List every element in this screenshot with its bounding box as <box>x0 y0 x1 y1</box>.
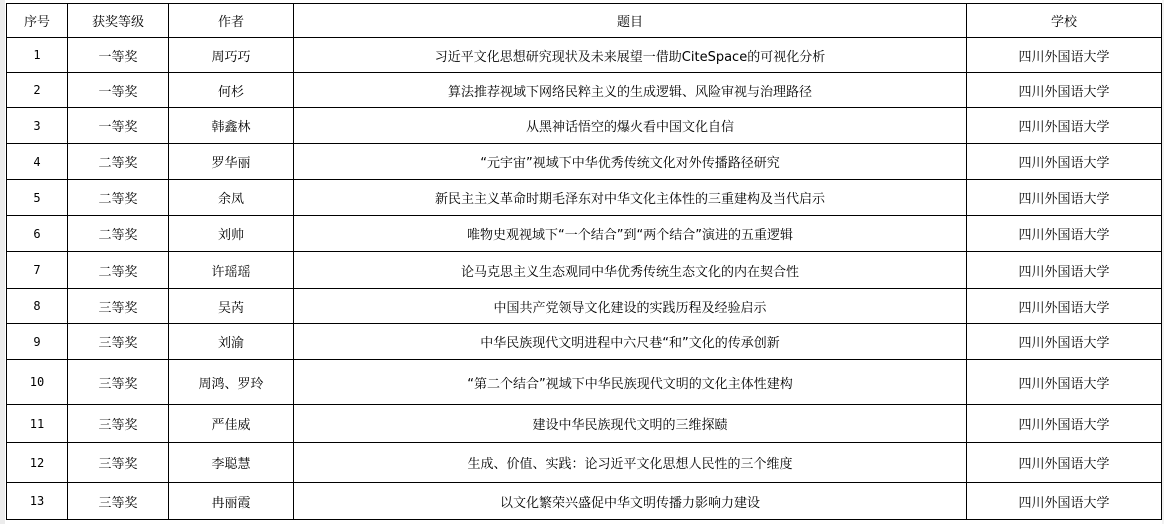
cell-title: 以文化繁荣兴盛促中华文明传播力影响力建设 <box>294 483 967 520</box>
cell-index: 10 <box>7 360 68 405</box>
cell-author: 周巧巧 <box>169 38 294 73</box>
cell-title: 中国共产党领导文化建设的实践历程及经验启示 <box>294 289 967 324</box>
cell-school: 四川外国语大学 <box>967 73 1162 108</box>
header-award-level: 获奖等级 <box>68 4 169 38</box>
cell-title: 生成、价值、实践：论习近平文化思想人民性的三个维度 <box>294 443 967 483</box>
cell-school: 四川外国语大学 <box>967 216 1162 252</box>
table-row: 6二等奖刘帅唯物史观视域下“一个结合”到“两个结合”演进的五重逻辑四川外国语大学 <box>7 216 1162 252</box>
header-row: 序号 获奖等级 作者 题目 学校 <box>7 4 1162 38</box>
cell-author: 刘渝 <box>169 324 294 360</box>
header-school: 学校 <box>967 4 1162 38</box>
cell-school: 四川外国语大学 <box>967 144 1162 180</box>
cell-school: 四川外国语大学 <box>967 324 1162 360</box>
cell-index: 3 <box>7 108 68 144</box>
cell-author: 严佳威 <box>169 405 294 443</box>
cell-author: 许瑶瑶 <box>169 252 294 289</box>
cell-school: 四川外国语大学 <box>967 360 1162 405</box>
cell-award-level: 二等奖 <box>68 216 169 252</box>
cell-index: 1 <box>7 38 68 73</box>
cell-award-level: 三等奖 <box>68 360 169 405</box>
cell-index: 9 <box>7 324 68 360</box>
cell-school: 四川外国语大学 <box>967 108 1162 144</box>
cell-title: 算法推荐视域下网络民粹主义的生成逻辑、风险审视与治理路径 <box>294 73 967 108</box>
table-row: 5二等奖余凤新民主主义革命时期毛泽东对中华文化主体性的三重建构及当代启示四川外国… <box>7 180 1162 216</box>
cell-index: 5 <box>7 180 68 216</box>
cell-index: 7 <box>7 252 68 289</box>
cell-award-level: 三等奖 <box>68 324 169 360</box>
cell-award-level: 一等奖 <box>68 38 169 73</box>
cell-author: 冉丽霞 <box>169 483 294 520</box>
cell-title: 唯物史观视域下“一个结合”到“两个结合”演进的五重逻辑 <box>294 216 967 252</box>
cell-title: 新民主主义革命时期毛泽东对中华文化主体性的三重建构及当代启示 <box>294 180 967 216</box>
cell-school: 四川外国语大学 <box>967 38 1162 73</box>
cell-school: 四川外国语大学 <box>967 483 1162 520</box>
awards-table: 序号 获奖等级 作者 题目 学校 1一等奖周巧巧习近平文化思想研究现状及未来展望… <box>6 3 1162 520</box>
cell-school: 四川外国语大学 <box>967 289 1162 324</box>
cell-title: 中华民族现代文明进程中六尺巷“和”文化的传承创新 <box>294 324 967 360</box>
cell-award-level: 一等奖 <box>68 108 169 144</box>
table-row: 12三等奖李聪慧生成、价值、实践：论习近平文化思想人民性的三个维度四川外国语大学 <box>7 443 1162 483</box>
cell-author: 罗华丽 <box>169 144 294 180</box>
table-row: 13三等奖冉丽霞以文化繁荣兴盛促中华文明传播力影响力建设四川外国语大学 <box>7 483 1162 520</box>
row-header-strip <box>0 0 5 524</box>
cell-school: 四川外国语大学 <box>967 405 1162 443</box>
table-row: 8三等奖吴芮中国共产党领导文化建设的实践历程及经验启示四川外国语大学 <box>7 289 1162 324</box>
table-row: 1一等奖周巧巧习近平文化思想研究现状及未来展望一借助CiteSpace的可视化分… <box>7 38 1162 73</box>
table-row: 2一等奖何杉算法推荐视域下网络民粹主义的生成逻辑、风险审视与治理路径四川外国语大… <box>7 73 1162 108</box>
cell-title: “第二个结合”视域下中华民族现代文明的文化主体性建构 <box>294 360 967 405</box>
cell-author: 吴芮 <box>169 289 294 324</box>
cell-author: 李聪慧 <box>169 443 294 483</box>
header-author: 作者 <box>169 4 294 38</box>
cell-index: 13 <box>7 483 68 520</box>
cell-index: 8 <box>7 289 68 324</box>
cell-index: 2 <box>7 73 68 108</box>
table-row: 11三等奖严佳威建设中华民族现代文明的三维探赜四川外国语大学 <box>7 405 1162 443</box>
cell-author: 何杉 <box>169 73 294 108</box>
cell-school: 四川外国语大学 <box>967 180 1162 216</box>
table-row: 7二等奖许瑶瑶论马克思主义生态观同中华优秀传统生态文化的内在契合性四川外国语大学 <box>7 252 1162 289</box>
table-row: 3一等奖韩鑫林从黑神话悟空的爆火看中国文化自信四川外国语大学 <box>7 108 1162 144</box>
cell-school: 四川外国语大学 <box>967 252 1162 289</box>
table-row: 9三等奖刘渝中华民族现代文明进程中六尺巷“和”文化的传承创新四川外国语大学 <box>7 324 1162 360</box>
cell-author: 刘帅 <box>169 216 294 252</box>
cell-title: 建设中华民族现代文明的三维探赜 <box>294 405 967 443</box>
cell-award-level: 三等奖 <box>68 443 169 483</box>
cell-index: 4 <box>7 144 68 180</box>
cell-award-level: 二等奖 <box>68 252 169 289</box>
cell-award-level: 三等奖 <box>68 405 169 443</box>
cell-school: 四川外国语大学 <box>967 443 1162 483</box>
cell-author: 周鸿、罗玲 <box>169 360 294 405</box>
cell-award-level: 二等奖 <box>68 180 169 216</box>
cell-index: 12 <box>7 443 68 483</box>
cell-title: 从黑神话悟空的爆火看中国文化自信 <box>294 108 967 144</box>
cell-author: 韩鑫林 <box>169 108 294 144</box>
cell-award-level: 一等奖 <box>68 73 169 108</box>
cell-index: 6 <box>7 216 68 252</box>
cell-title: “元宇宙”视域下中华优秀传统文化对外传播路径研究 <box>294 144 967 180</box>
cell-index: 11 <box>7 405 68 443</box>
cell-award-level: 三等奖 <box>68 289 169 324</box>
table-row: 4二等奖罗华丽“元宇宙”视域下中华优秀传统文化对外传播路径研究四川外国语大学 <box>7 144 1162 180</box>
header-index: 序号 <box>7 4 68 38</box>
cell-title: 论马克思主义生态观同中华优秀传统生态文化的内在契合性 <box>294 252 967 289</box>
header-title: 题目 <box>294 4 967 38</box>
table-row: 10三等奖周鸿、罗玲“第二个结合”视域下中华民族现代文明的文化主体性建构四川外国… <box>7 360 1162 405</box>
cell-award-level: 三等奖 <box>68 483 169 520</box>
cell-award-level: 二等奖 <box>68 144 169 180</box>
cell-author: 余凤 <box>169 180 294 216</box>
cell-title: 习近平文化思想研究现状及未来展望一借助CiteSpace的可视化分析 <box>294 38 967 73</box>
